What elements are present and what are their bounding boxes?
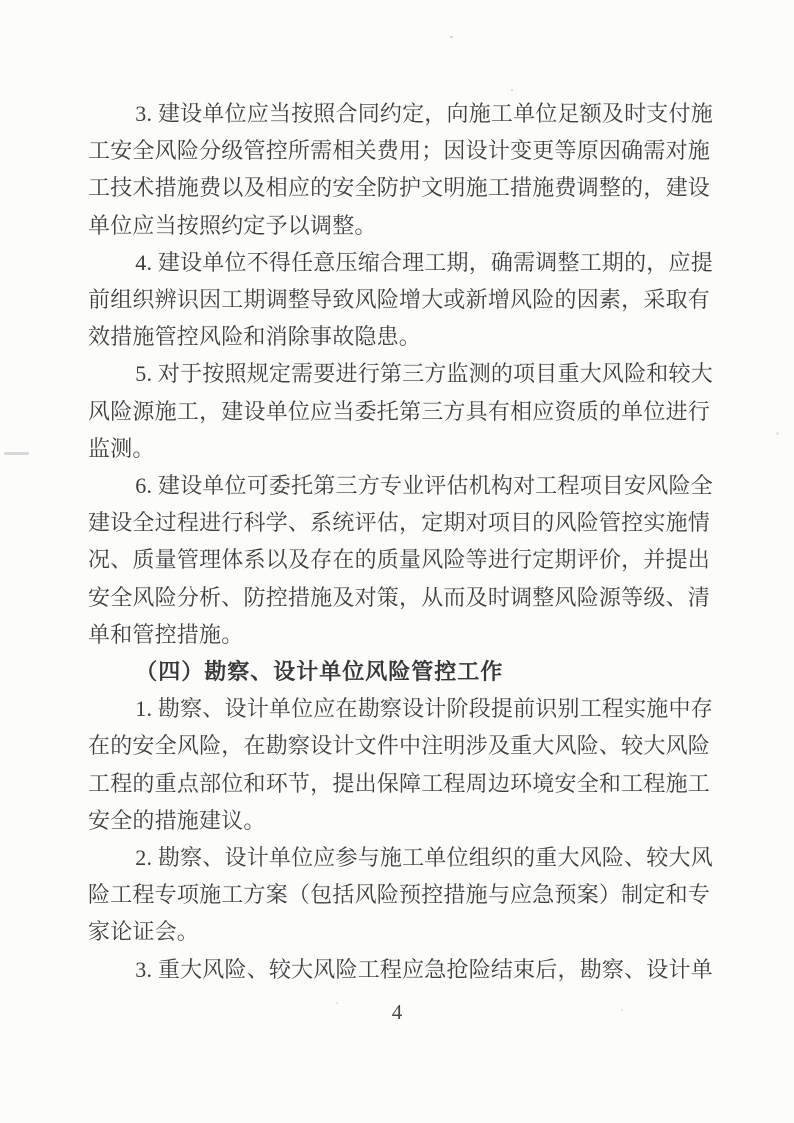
text-line: 前组织辨识因工期调整导致风险增大或新增风险的因素，采取有 <box>88 281 710 318</box>
text-line: 效措施管控风险和消除事故隐患。 <box>88 318 710 355</box>
text-line: 风险源施工，建设单位应当委托第三方具有相应资质的单位进行 <box>88 393 710 430</box>
text-line: 4. 建设单位不得任意压缩合理工期，确需调整工期的，应提 <box>88 244 710 281</box>
text-line: （四）勘察、设计单位风险管控工作 <box>88 653 710 690</box>
text-line: 2. 勘察、设计单位应参与施工单位组织的重大风险、较大风 <box>88 839 710 876</box>
text-line: 工技术措施费以及相应的安全防护文明施工措施费调整的，建设 <box>88 169 710 206</box>
scan-artifact-speck <box>776 432 779 435</box>
text-line: 建设全过程进行科学、系统评估，定期对项目的风险管控实施情 <box>88 504 710 541</box>
paragraph: 3. 重大风险、较大风险工程应急抢险结束后，勘察、设计单 <box>88 951 710 988</box>
paragraph: 4. 建设单位不得任意压缩合理工期，确需调整工期的，应提前组织辨识因工期调整导致… <box>88 244 710 356</box>
text-line: 监测。 <box>88 430 710 467</box>
document-page: 3. 建设单位应当按照合同约定，向施工单位足额及时支付施工安全风险分级管控所需相… <box>0 0 794 1123</box>
text-line: 在的安全风险，在勘察设计文件中注明涉及重大风险、较大风险 <box>88 727 710 764</box>
scan-artifact-dash <box>4 452 29 455</box>
text-line: 险工程专项施工方案（包括风险预控措施与应急预案）制定和专 <box>88 876 710 913</box>
paragraph: 5. 对于按照规定需要进行第三方监测的项目重大风险和较大风险源施工，建设单位应当… <box>88 355 710 467</box>
section-heading: （四）勘察、设计单位风险管控工作 <box>88 653 710 690</box>
page-footer: 4 <box>0 1000 794 1025</box>
text-line: 单位应当按照约定予以调整。 <box>88 207 710 244</box>
paragraph: 2. 勘察、设计单位应参与施工单位组织的重大风险、较大风险工程专项施工方案（包括… <box>88 839 710 951</box>
text-line: 3. 重大风险、较大风险工程应急抢险结束后，勘察、设计单 <box>88 951 710 988</box>
paragraph: 6. 建设单位可委托第三方专业评估机构对工程项目安风险全建设全过程进行科学、系统… <box>88 467 710 653</box>
paragraph: 1. 勘察、设计单位应在勘察设计阶段提前识别工程实施中存在的安全风险，在勘察设计… <box>88 690 710 839</box>
scan-artifact-speck <box>450 36 453 38</box>
paragraph: 3. 建设单位应当按照合同约定，向施工单位足额及时支付施工安全风险分级管控所需相… <box>88 95 710 244</box>
text-line: 5. 对于按照规定需要进行第三方监测的项目重大风险和较大 <box>88 355 710 392</box>
text-line: 6. 建设单位可委托第三方专业评估机构对工程项目安风险全 <box>88 467 710 504</box>
text-line: 安全风险分析、防控措施及对策，从而及时调整风险源等级、清 <box>88 579 710 616</box>
scan-artifact-speck <box>511 89 513 91</box>
text-line: 安全的措施建议。 <box>88 802 710 839</box>
page-number: 4 <box>392 1000 403 1024</box>
text-line: 家论证会。 <box>88 913 710 950</box>
text-line: 况、质量管理体系以及存在的质量风险等进行定期评价，并提出 <box>88 541 710 578</box>
document-body: 3. 建设单位应当按照合同约定，向施工单位足额及时支付施工安全风险分级管控所需相… <box>88 95 710 988</box>
text-line: 工安全风险分级管控所需相关费用；因设计变更等原因确需对施 <box>88 132 710 169</box>
text-line: 工程的重点部位和环节，提出保障工程周边环境安全和工程施工 <box>88 765 710 802</box>
text-line: 1. 勘察、设计单位应在勘察设计阶段提前识别工程实施中存 <box>88 690 710 727</box>
text-line: 3. 建设单位应当按照合同约定，向施工单位足额及时支付施 <box>88 95 710 132</box>
text-line: 单和管控措施。 <box>88 616 710 653</box>
